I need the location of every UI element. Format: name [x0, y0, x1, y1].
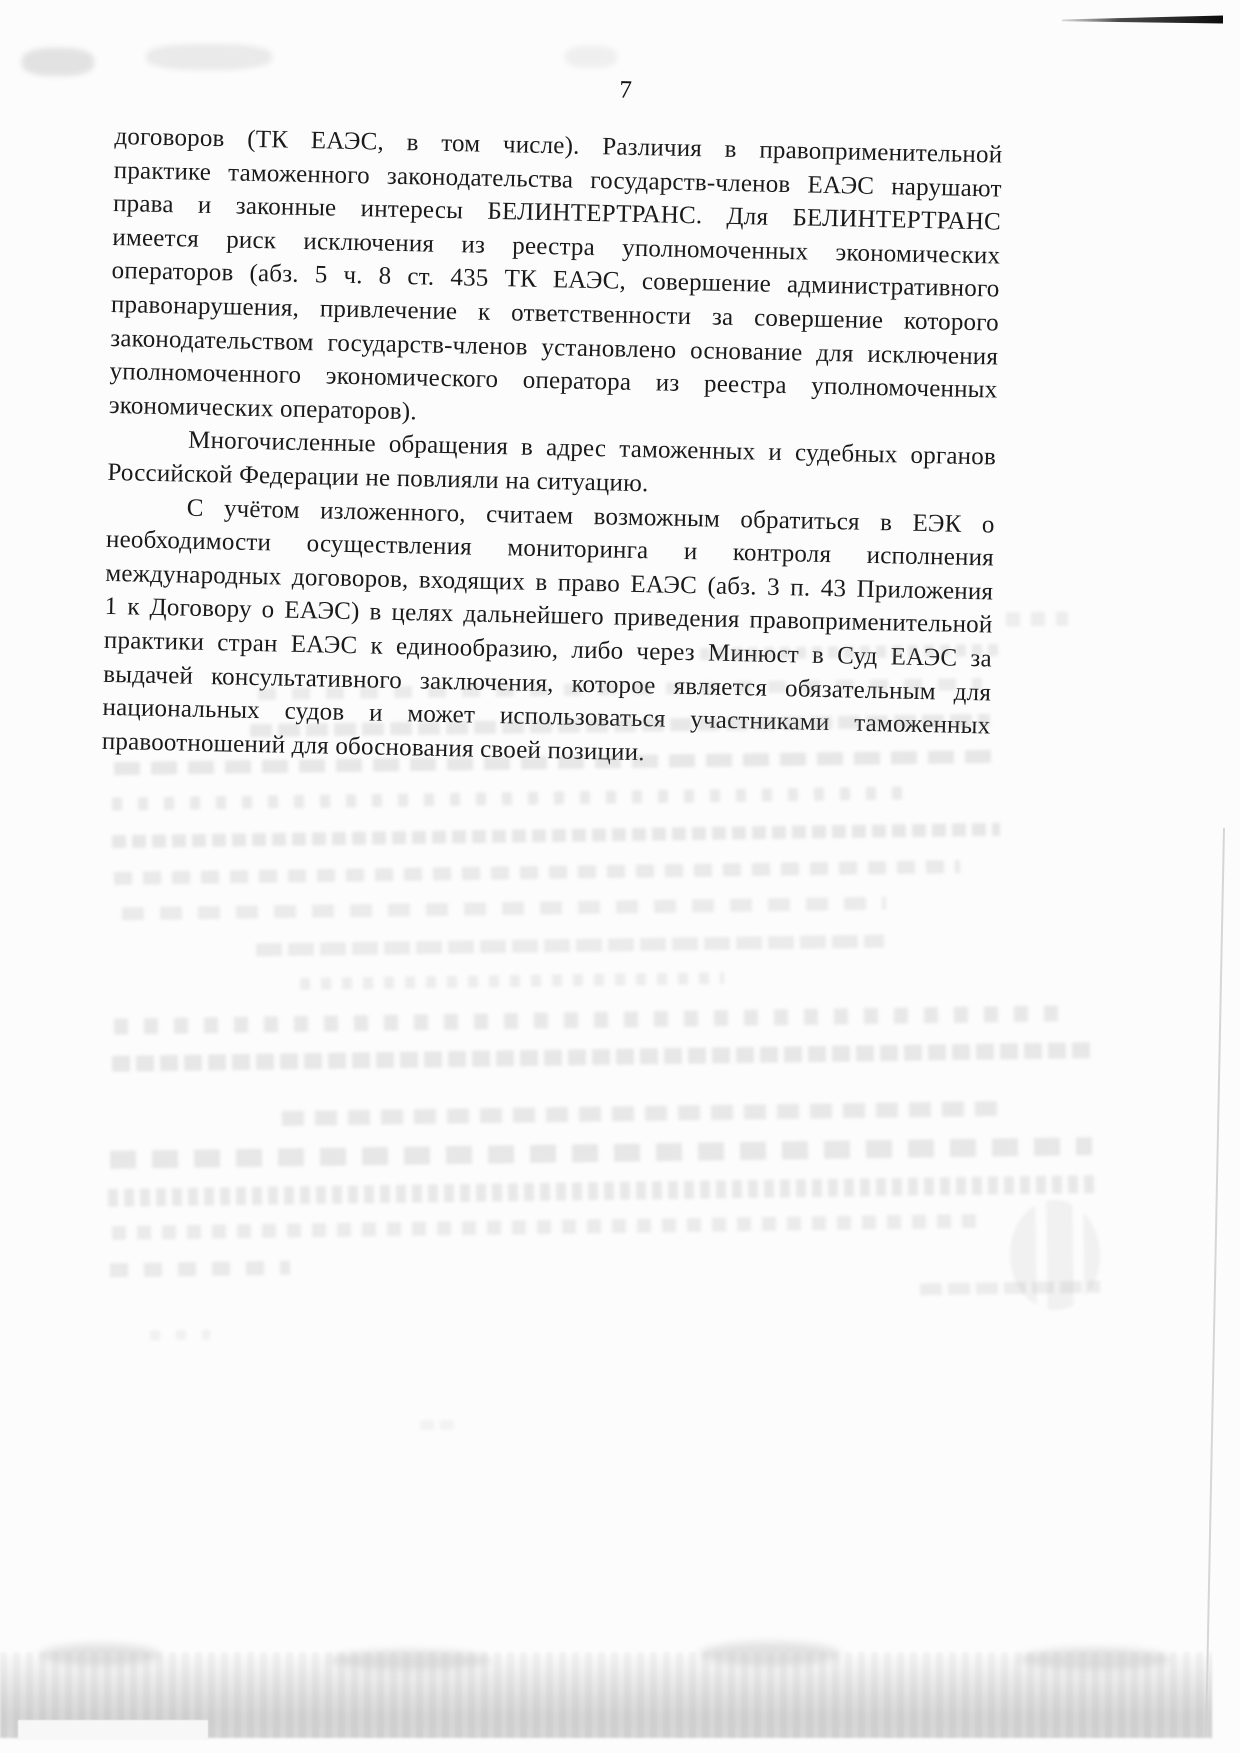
bleed-through-row — [112, 786, 918, 810]
paragraphs-container: договоров (ТК ЕАЭС, в том числе). Различ… — [102, 120, 1003, 777]
paragraph: договоров (ТК ЕАЭС, в том числе). Различ… — [109, 120, 1003, 441]
bleed-through-row — [1009, 1199, 1101, 1310]
scan-shadow-bump — [1020, 1648, 1170, 1670]
bleed-through-row — [1006, 612, 1068, 627]
bleed-through-row — [112, 1042, 1092, 1072]
bleed-through-row — [920, 1281, 1100, 1296]
bleed-through-row — [112, 823, 1000, 848]
scan-shadow-bump — [330, 1650, 490, 1670]
document-text-block: 7 договоров (ТК ЕАЭС, в том числе). Разл… — [102, 66, 1004, 777]
bleed-through-row — [110, 1137, 1092, 1169]
bleed-through-row — [112, 1214, 976, 1240]
page-edge-shadow-line — [1206, 828, 1224, 1737]
bleed-through-row — [114, 1005, 1058, 1034]
bleed-through-row — [114, 860, 960, 885]
bleed-through-row — [300, 972, 724, 990]
scan-light-patch — [18, 1720, 208, 1740]
bleed-through-row — [420, 1420, 460, 1431]
scan-shadow-bump — [700, 1642, 840, 1666]
bleed-through-row — [108, 1175, 1100, 1207]
bleed-through-row — [110, 1261, 290, 1278]
scan-smudge — [22, 48, 94, 76]
scanned-page: 7 договоров (ТК ЕАЭС, в том числе). Разл… — [0, 0, 1240, 1753]
bleed-through-row — [150, 1330, 210, 1341]
paragraph: С учётом изложенного, считаем возможным … — [102, 489, 995, 776]
bleed-through-row — [256, 935, 884, 957]
top-right-scan-streak — [1062, 16, 1223, 24]
scan-shadow-bump — [40, 1644, 160, 1666]
bleed-through-row — [282, 1101, 1002, 1126]
bleed-through-row — [122, 897, 886, 921]
scan-smudge — [565, 46, 617, 68]
page-number: 7 — [595, 76, 656, 105]
